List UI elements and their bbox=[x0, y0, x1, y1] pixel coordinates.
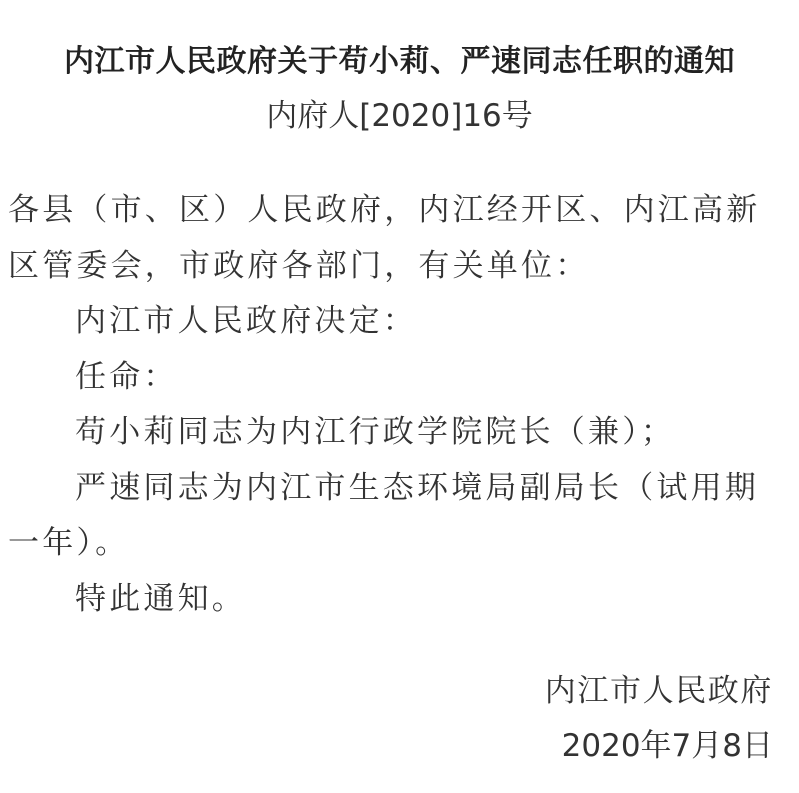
paragraph-appoint: 任命： bbox=[8, 350, 783, 406]
salutation: 各县（市、区）人民政府，内江经开区、内江高新区管委会，市政府各部门，有关单位： bbox=[8, 183, 783, 294]
paragraph-closing: 特此通知。 bbox=[8, 572, 783, 628]
document-title: 内江市人民政府关于苟小莉、严速同志任职的通知 bbox=[0, 36, 799, 80]
document-body: 各县（市、区）人民政府，内江经开区、内江高新区管委会，市政府各部门，有关单位： … bbox=[8, 183, 783, 627]
signature: 内江市人民政府 bbox=[545, 665, 773, 710]
document-number: 内府人[2020]16号 bbox=[0, 90, 799, 135]
paragraph-appointment-2: 严速同志为内江市生态环境局副局长（试用期一年）。 bbox=[8, 461, 783, 572]
paragraph-decision: 内江市人民政府决定： bbox=[8, 294, 783, 350]
paragraph-appointment-1: 苟小莉同志为内江行政学院院长（兼）； bbox=[8, 405, 783, 461]
document-date: 2020年7月8日 bbox=[562, 720, 773, 765]
